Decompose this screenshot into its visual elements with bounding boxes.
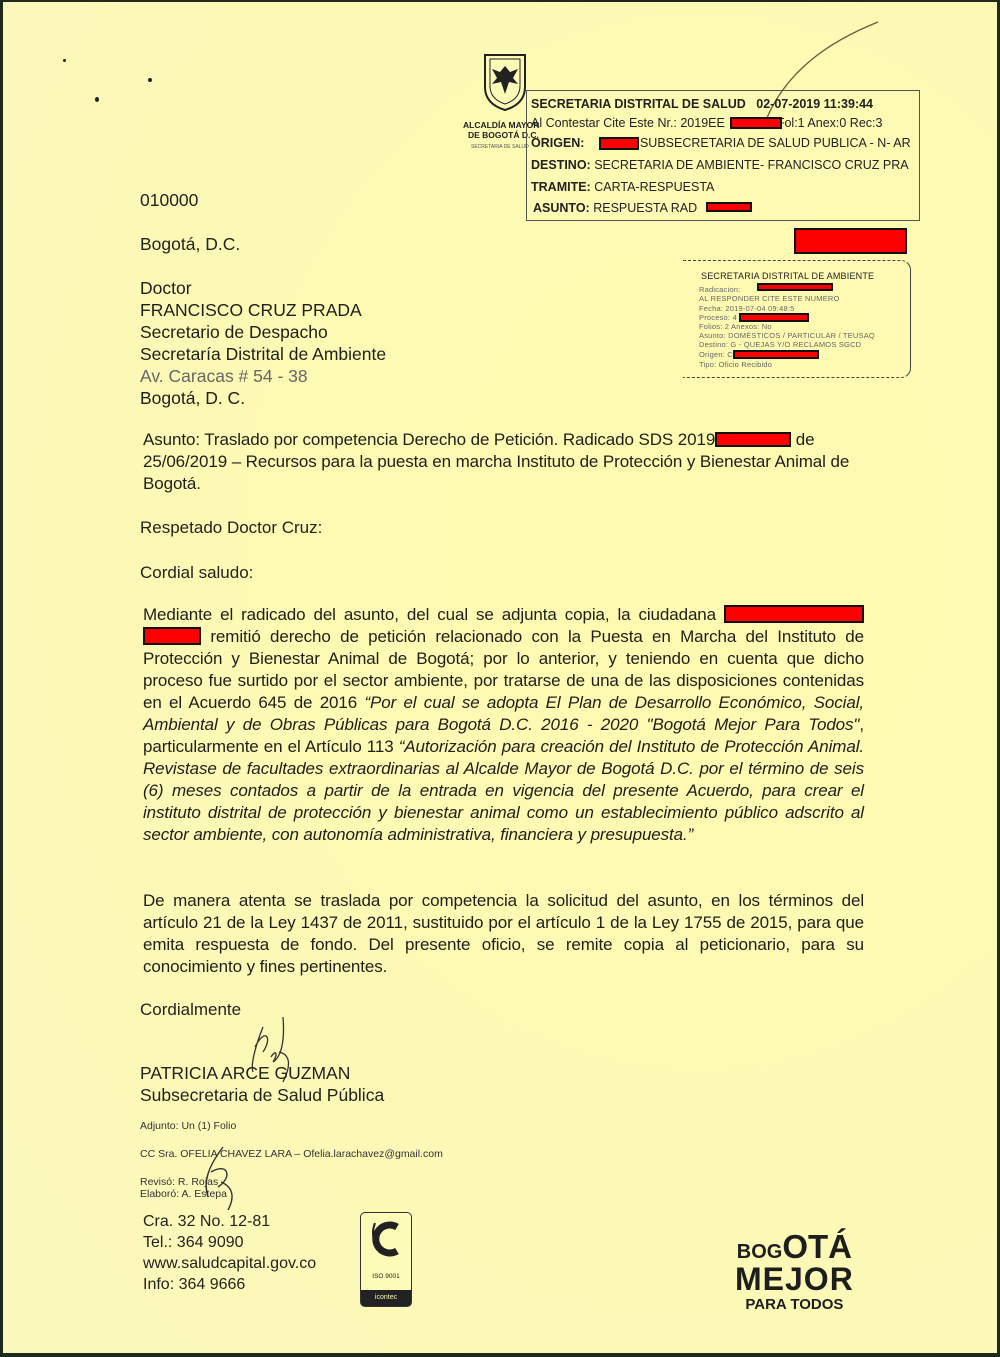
greeting-cordial: Cordial saludo: — [140, 562, 253, 584]
destino-label: DESTINO: — [531, 158, 591, 172]
iso-certification-badge: ISO 9001 icontec — [360, 1212, 412, 1307]
redaction — [739, 313, 809, 322]
greeting-respetado: Respetado Doctor Cruz: — [140, 517, 322, 539]
ambiente-asunto: Asunto: DOMÉSTICOS / PARTICULAR / TEUSAQ — [699, 331, 875, 340]
recipient-office: Secretaría Distrital de Ambiente — [140, 343, 386, 365]
stamp-cite-suffix: Fol:1 Anex:0 Rec:3 — [777, 116, 883, 130]
stamp-datetime: 02-07-2019 11:39:44 — [756, 97, 873, 111]
initials-mark — [193, 1142, 243, 1212]
recipient-title: Secretario de Despacho — [140, 321, 386, 343]
icontec-label: icontec — [361, 1290, 411, 1306]
closing: Cordialmente — [140, 999, 241, 1021]
subject-paragraph: Asunto: Traslado por competencia Derecho… — [143, 429, 864, 495]
redaction — [706, 202, 752, 212]
redaction — [794, 228, 907, 254]
recipient-salutation: Doctor — [140, 277, 386, 299]
letter-city: Bogotá, D.C. — [140, 233, 240, 255]
ambiente-destino: Destino: G - QUEJAS Y/O RECLAMOS SGCD — [699, 340, 861, 349]
destino-value: SECRETARIA DE AMBIENTE- FRANCISCO CRUZ P… — [594, 158, 908, 172]
icontec-logo-icon — [361, 1213, 410, 1268]
asunto-label: ASUNTO: — [533, 201, 590, 215]
subject-part3: 25/06/2019 – Recursos para la puesta en … — [143, 452, 849, 493]
ambiente-folios: Folios: 2 Anexos: No — [699, 322, 772, 331]
speck — [95, 97, 99, 102]
ambiente-tipo: Tipo: Oficio Recibido — [699, 360, 772, 369]
redaction — [715, 432, 791, 447]
ambiente-fecha: Fecha: 2019-07-04 09:48:5 — [699, 304, 794, 313]
redaction — [143, 627, 201, 645]
origen-label: ORIGEN: — [531, 136, 584, 150]
tramite-value: CARTA-RESPUESTA — [594, 180, 714, 194]
recipient-address: Av. Caracas # 54 - 38 — [140, 365, 386, 387]
subject-part1: Asunto: Traslado por competencia Derecho… — [143, 430, 715, 449]
speck — [148, 78, 152, 82]
subject-part2: de — [791, 430, 814, 449]
footer-web: www.saludcapital.gov.co — [143, 1253, 316, 1274]
footer-address: Cra. 32 No. 12-81 — [143, 1211, 316, 1232]
salud-filing-stamp: SECRETARIA DISTRITAL DE SALUD 02-07-2019… — [526, 90, 920, 221]
para1-a: Mediante el radicado del asunto, del cua… — [143, 605, 716, 624]
ambiente-origen: Origen: C — [699, 350, 733, 359]
redaction — [599, 137, 639, 150]
tramite-label: TRAMITE: — [531, 180, 591, 194]
iso-label: ISO 9001 — [361, 1273, 411, 1280]
ambiente-responder: AL RESPONDER CITE ESTE NUMERO — [699, 294, 840, 303]
scanned-letter-page: ALCALDÍA MAYOR DE BOGOTÁ D.C. SECRETARIA… — [3, 2, 997, 1353]
redaction — [724, 605, 864, 623]
redaction — [757, 283, 833, 291]
asunto-value: RESPUESTA RAD — [593, 201, 697, 215]
letter-code: 010000 — [140, 189, 198, 211]
logo-bog: BOG — [737, 1241, 783, 1263]
recipient-city: Bogotá, D. C. — [140, 387, 386, 409]
attachment-note: Adjunto: Un (1) Folio — [140, 1120, 236, 1132]
redaction — [730, 117, 782, 129]
logo-mejor: MEJOR — [735, 1263, 854, 1295]
redaction — [733, 350, 819, 359]
ambiente-proceso: Proceso: 4 — [699, 313, 737, 322]
logo-ota: OTÁ — [782, 1228, 852, 1265]
origen-value: SUBSECRETARIA DE SALUD PUBLICA - N- AR — [640, 136, 911, 150]
signer-name: PATRICIA ARCE GUZMAN — [140, 1062, 350, 1084]
stamp-header: SECRETARIA DISTRITAL DE SALUD — [531, 97, 746, 111]
ambiente-filing-stamp: SECRETARIA DISTRITAL DE AMBIENTE Radicac… — [683, 260, 911, 378]
ambiente-title: SECRETARIA DISTRITAL DE AMBIENTE — [701, 271, 874, 281]
cc-note: CC Sra. OFELIA CHAVEZ LARA – Ofelia.lara… — [140, 1148, 443, 1160]
bogota-coat-of-arms-icon — [480, 52, 530, 112]
recipient-name: FRANCISCO CRUZ PRADA — [140, 299, 386, 321]
bogota-mejor-para-todos-logo: BOGOTÁ MEJOR PARA TODOS — [735, 1230, 854, 1312]
alcaldia-line3: SECRETARIA DE SALUD — [471, 144, 529, 150]
logo-para-todos: PARA TODOS — [735, 1297, 854, 1312]
footer-info: Info: 364 9666 — [143, 1274, 316, 1295]
footer-contact: Cra. 32 No. 12-81 Tel.: 364 9090 www.sal… — [143, 1211, 316, 1295]
recipient-block: Doctor FRANCISCO CRUZ PRADA Secretario d… — [140, 277, 386, 409]
body-paragraph-1: Mediante el radicado del asunto, del cua… — [143, 604, 864, 846]
signer-title: Subsecretaria de Salud Pública — [140, 1084, 384, 1106]
footer-tel: Tel.: 364 9090 — [143, 1232, 316, 1253]
speck — [63, 59, 66, 62]
body-paragraph-2: De manera atenta se traslada por compete… — [143, 890, 864, 978]
stamp-cite: Al Contestar Cite Este Nr.: 2019EE — [531, 116, 725, 130]
ambiente-radicacion: Radicacion: — [699, 285, 740, 294]
